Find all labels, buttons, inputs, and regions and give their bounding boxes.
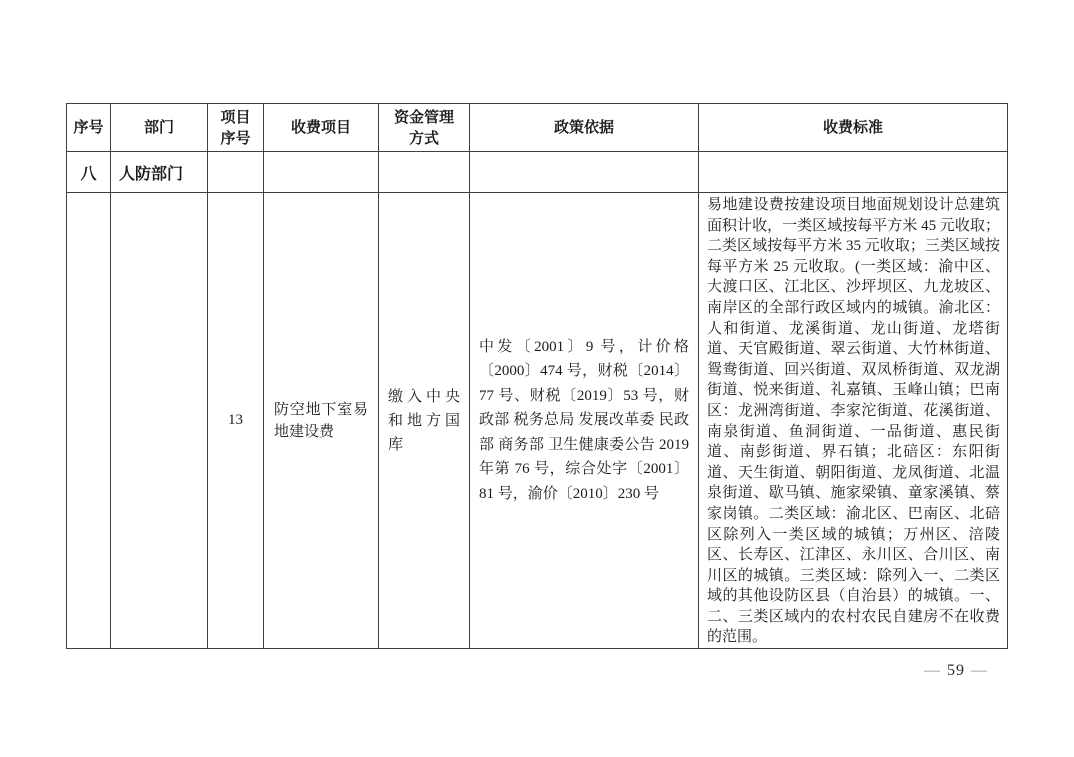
cell-project-serial: 13 xyxy=(208,193,264,649)
cell-fee-standard: 易地建设费按建设项目地面规划设计总建筑面积计收，一类区域按每平方米 45 元收取… xyxy=(699,193,1008,649)
department-row: 八 人防部门 xyxy=(67,152,1008,193)
cell-department-name: 人防部门 xyxy=(111,152,208,193)
column-header-department: 部门 xyxy=(111,104,208,152)
cell-empty-project-serial xyxy=(208,152,264,193)
column-header-fee-standard: 收费标准 xyxy=(699,104,1008,152)
column-header-project-serial: 项目序号 xyxy=(208,104,264,152)
cell-fee-item: 防空地下室易地建设费 xyxy=(264,193,379,649)
cell-department-blank xyxy=(111,193,208,649)
cell-policy-basis: 中发〔2001〕9 号，计价格〔2000〕474 号，财税〔2014〕77 号、… xyxy=(470,193,699,649)
column-header-serial: 序号 xyxy=(67,104,111,152)
column-header-project-serial-label: 项目序号 xyxy=(219,107,253,149)
document-page: 序号 部门 项目序号 收费项目 资金管理方式 政策依据 收费标准 八 人防部门 xyxy=(0,0,1074,757)
cell-empty-policy-basis xyxy=(470,152,699,193)
column-header-fund-management-label: 资金管理方式 xyxy=(391,107,457,149)
page-number: —59— xyxy=(918,662,994,680)
cell-empty-fund-management xyxy=(379,152,470,193)
fee-standards-table: 序号 部门 项目序号 收费项目 资金管理方式 政策依据 收费标准 八 人防部门 xyxy=(66,103,1008,649)
cell-empty-fee-item xyxy=(264,152,379,193)
column-header-fee-item: 收费项目 xyxy=(264,104,379,152)
cell-empty-fee-standard xyxy=(699,152,1008,193)
page-number-value: 59 xyxy=(947,662,965,679)
table-header-row: 序号 部门 项目序号 收费项目 资金管理方式 政策依据 收费标准 xyxy=(67,104,1008,152)
page-number-dash-right: — xyxy=(965,662,994,679)
page-number-dash-left: — xyxy=(918,662,947,679)
cell-fund-management: 缴入中央和地方国库 xyxy=(379,193,470,649)
column-header-policy-basis: 政策依据 xyxy=(470,104,699,152)
cell-serial-number: 八 xyxy=(67,152,111,193)
fee-item-row: 13 防空地下室易地建设费 缴入中央和地方国库 中发〔2001〕9 号，计价格〔… xyxy=(67,193,1008,649)
column-header-fund-management: 资金管理方式 xyxy=(379,104,470,152)
cell-serial-blank xyxy=(67,193,111,649)
